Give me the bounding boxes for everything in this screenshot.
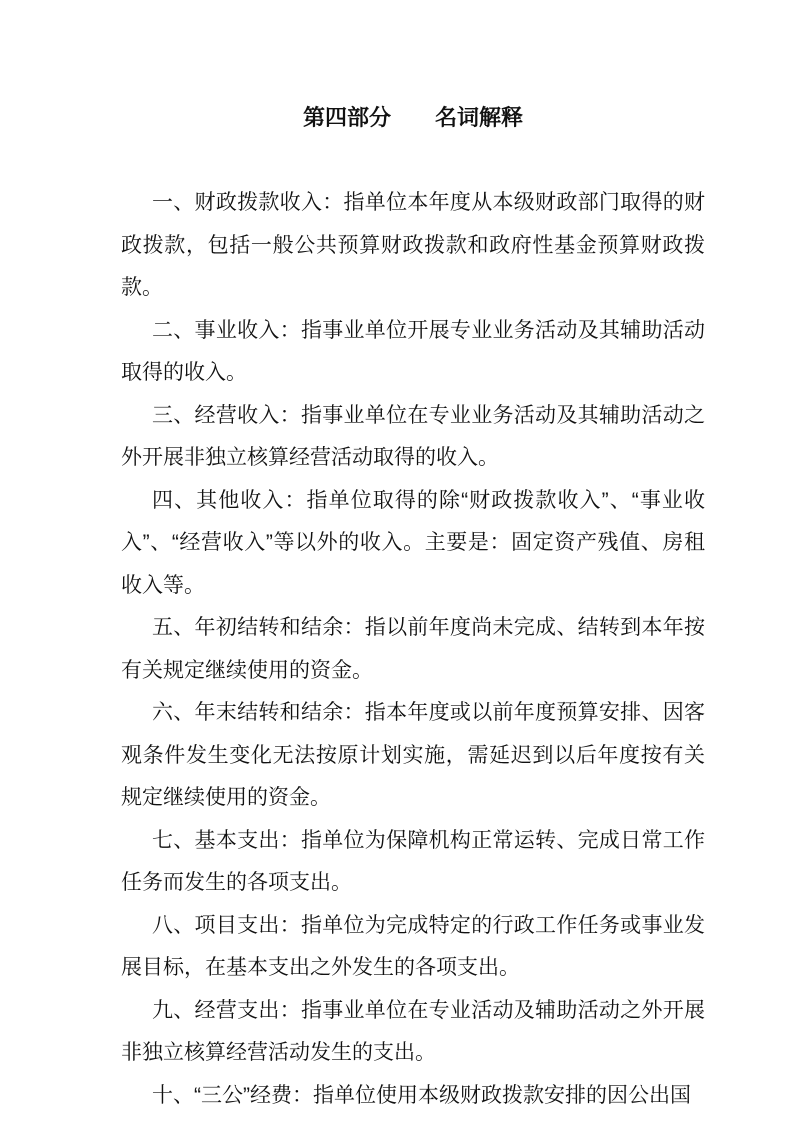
glossary-paragraph-3: 三、经营收入：指事业单位在专业业务活动及其辅助活动之外开展非独立核算经营活动取得…	[121, 395, 705, 480]
glossary-paragraph-10: 十、“三公”经费：指单位使用本级财政拨款安排的因公出国	[121, 1075, 705, 1118]
glossary-paragraph-4: 四、其他收入：指单位取得的除“财政拨款收入”、“事业收入”、“经营收入”等以外的…	[121, 480, 705, 608]
page-title: 第四部分 名词解释	[121, 96, 705, 139]
glossary-paragraph-2: 二、事业收入：指事业单位开展专业业务活动及其辅助活动取得的收入。	[121, 310, 705, 395]
glossary-body: 一、财政拨款收入：指单位本年度从本级财政部门取得的财政拨款，包括一般公共预算财政…	[121, 182, 705, 1117]
glossary-paragraph-8: 八、项目支出：指单位为完成特定的行政工作任务或事业发展目标，在基本支出之外发生的…	[121, 905, 705, 990]
glossary-paragraph-7: 七、基本支出：指单位为保障机构正常运转、完成日常工作任务而发生的各项支出。	[121, 820, 705, 905]
glossary-paragraph-6: 六、年末结转和结余：指本年度或以前年度预算安排、因客观条件发生变化无法按原计划实…	[121, 692, 705, 820]
document-page: 第四部分 名词解释 一、财政拨款收入：指单位本年度从本级财政部门取得的财政拨款，…	[0, 0, 793, 1122]
glossary-paragraph-1: 一、财政拨款收入：指单位本年度从本级财政部门取得的财政拨款，包括一般公共预算财政…	[121, 182, 705, 310]
document-content: 第四部分 名词解释 一、财政拨款收入：指单位本年度从本级财政部门取得的财政拨款，…	[121, 0, 705, 1117]
glossary-paragraph-5: 五、年初结转和结余：指以前年度尚未完成、结转到本年按有关规定继续使用的资金。	[121, 607, 705, 692]
glossary-paragraph-9: 九、经营支出：指事业单位在专业活动及辅助活动之外开展非独立核算经营活动发生的支出…	[121, 990, 705, 1075]
